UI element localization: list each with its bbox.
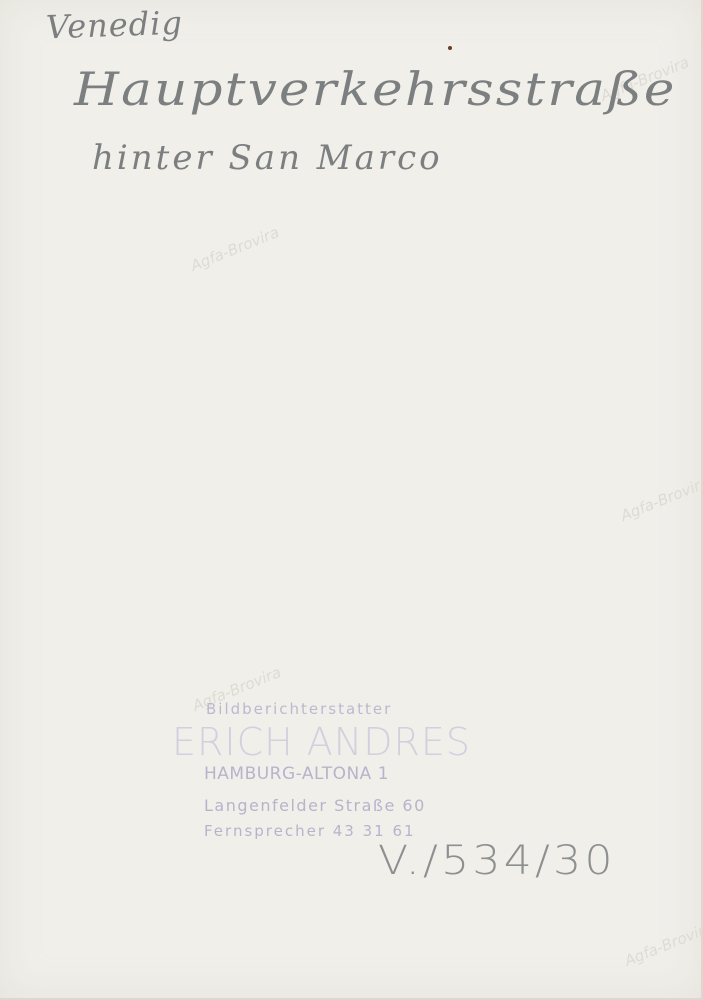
paper-watermark: Agfa-Brovira (618, 473, 703, 525)
paper-watermark: Agfa-Brovira (622, 918, 703, 970)
stamp-city: HAMBURG-ALTONA 1 (204, 764, 389, 784)
stamp-photographer-name: ERICH ANDRES (172, 720, 471, 764)
handwritten-caption-line-2: hinter San Marco (92, 138, 443, 178)
paper-watermark: Agfa-Brovira (188, 223, 282, 275)
handwritten-archive-number: V./534/30 (378, 838, 616, 884)
photo-back-paper: Agfa-Brovira Agfa-Brovira Agfa-Brovira A… (0, 0, 703, 1000)
stamp-street: Langenfelder Straße 60 (204, 796, 426, 815)
paper-speck (448, 46, 452, 50)
stamp-title: Bildberichterstatter (206, 700, 392, 718)
handwritten-location: Venedig (45, 4, 183, 47)
handwritten-caption-line-1: Hauptverkehrsstraße (74, 62, 677, 116)
